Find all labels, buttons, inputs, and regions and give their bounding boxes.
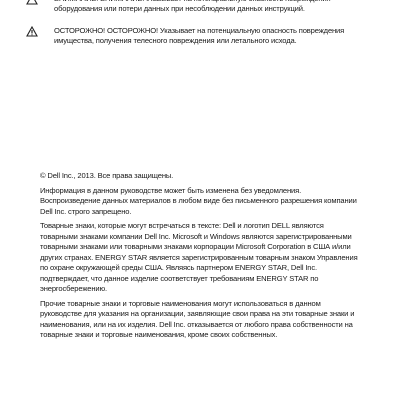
warning-triangle-icon bbox=[26, 26, 54, 47]
trademarks-paragraph: Товарные знаки, которые могут встречатьс… bbox=[40, 221, 358, 295]
info-paragraph: Информация в данном руководстве может бы… bbox=[40, 186, 358, 218]
legal-section: © Dell Inc., 2013. Все права защищены. И… bbox=[40, 171, 358, 345]
notice-warning: ОСТОРОЖНО! ОСТОРОЖНО! Указывает на потен… bbox=[26, 26, 356, 47]
warning-text: ОСТОРОЖНО! ОСТОРОЖНО! Указывает на потен… bbox=[54, 26, 356, 47]
caution-text: ВНИМАНИЕ! ВНИМАНИЕ. Указывает на потенци… bbox=[54, 0, 356, 15]
caution-triangle-icon bbox=[26, 0, 54, 15]
copyright-notice: © Dell Inc., 2013. Все права защищены. bbox=[40, 171, 358, 182]
notice-caution: ВНИМАНИЕ! ВНИМАНИЕ. Указывает на потенци… bbox=[26, 0, 356, 15]
other-trademarks-paragraph: Прочие товарные знаки и торговые наимено… bbox=[40, 299, 358, 341]
